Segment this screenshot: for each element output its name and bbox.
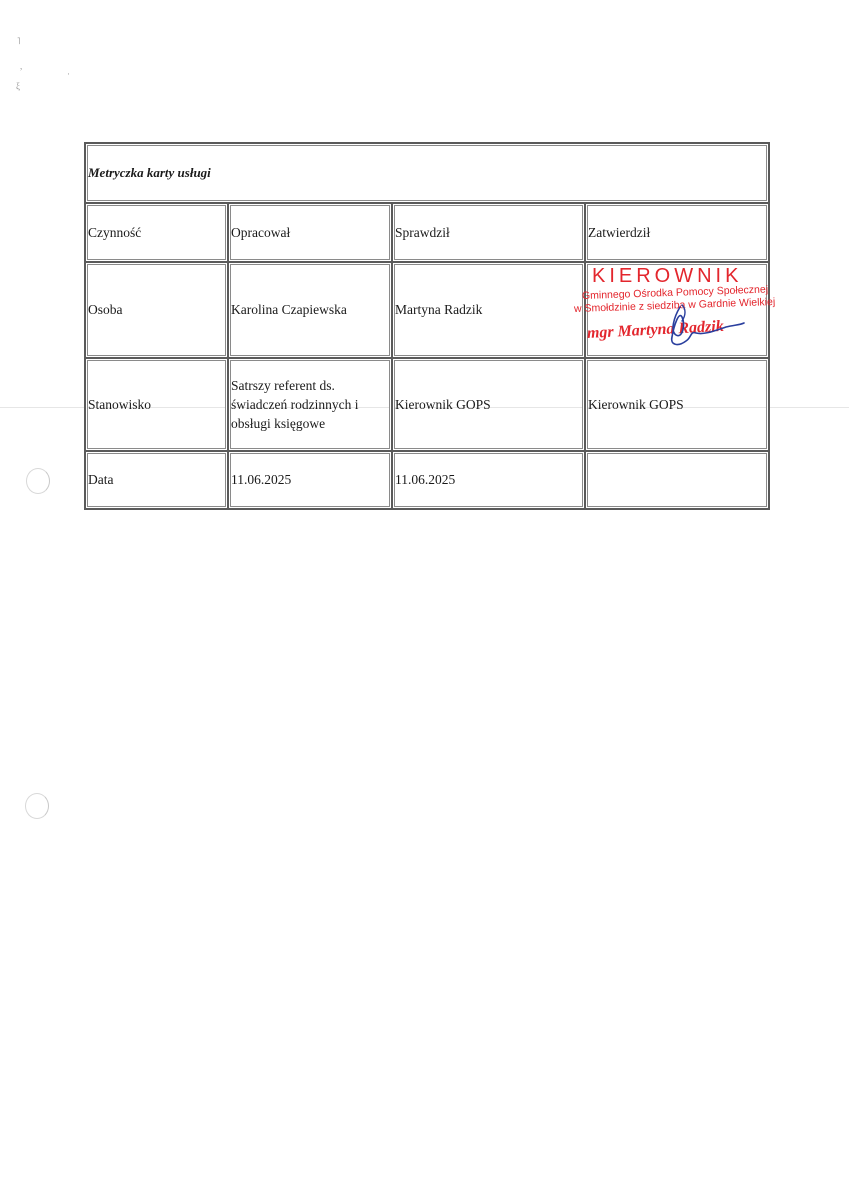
scanned-page: ˥ , · ξ Metryczka karty usługi Czynność … xyxy=(0,0,849,1200)
scan-speck: ˥ xyxy=(17,37,20,46)
table-cell: Kierownik GOPS xyxy=(585,358,769,451)
table-cell xyxy=(585,451,769,509)
row-label: Osoba xyxy=(85,262,228,358)
table-header-row: Czynność Opracował Sprawdził Zatwierdził xyxy=(85,203,769,262)
handwritten-signature-icon xyxy=(652,295,752,350)
approval-stamp-cell: KIEROWNIK Gminnego Ośrodka Pomocy Społec… xyxy=(585,262,769,358)
scan-speck: , xyxy=(20,62,22,71)
service-card-metadata-table: Metryczka karty usługi Czynność Opracowa… xyxy=(84,142,770,510)
column-header: Opracował xyxy=(228,203,392,262)
table-cell: 11.06.2025 xyxy=(228,451,392,509)
scan-speck: ξ xyxy=(16,82,20,91)
table-cell: Satrszy referent ds. świadczeń rodzinnyc… xyxy=(228,358,392,451)
table-cell: Karolina Czapiewska xyxy=(228,262,392,358)
row-label: Czynność xyxy=(85,203,228,262)
table-cell: 11.06.2025 xyxy=(392,451,585,509)
row-label: Data xyxy=(85,451,228,509)
table-row: Data 11.06.2025 11.06.2025 xyxy=(85,451,769,509)
column-header: Zatwierdził xyxy=(585,203,769,262)
table-row: Stanowisko Satrszy referent ds. świadcze… xyxy=(85,358,769,451)
table-title: Metryczka karty usługi xyxy=(85,143,769,203)
punch-hole xyxy=(25,793,49,819)
punch-hole xyxy=(26,468,50,494)
table-row: Osoba Karolina Czapiewska Martyna Radzik… xyxy=(85,262,769,358)
scan-speck: · xyxy=(67,70,70,79)
table-cell: Kierownik GOPS xyxy=(392,358,585,451)
row-label: Stanowisko xyxy=(85,358,228,451)
table-cell: Martyna Radzik xyxy=(392,262,585,358)
column-header: Sprawdził xyxy=(392,203,585,262)
official-stamp: KIEROWNIK Gminnego Ośrodka Pomocy Społec… xyxy=(572,265,772,353)
